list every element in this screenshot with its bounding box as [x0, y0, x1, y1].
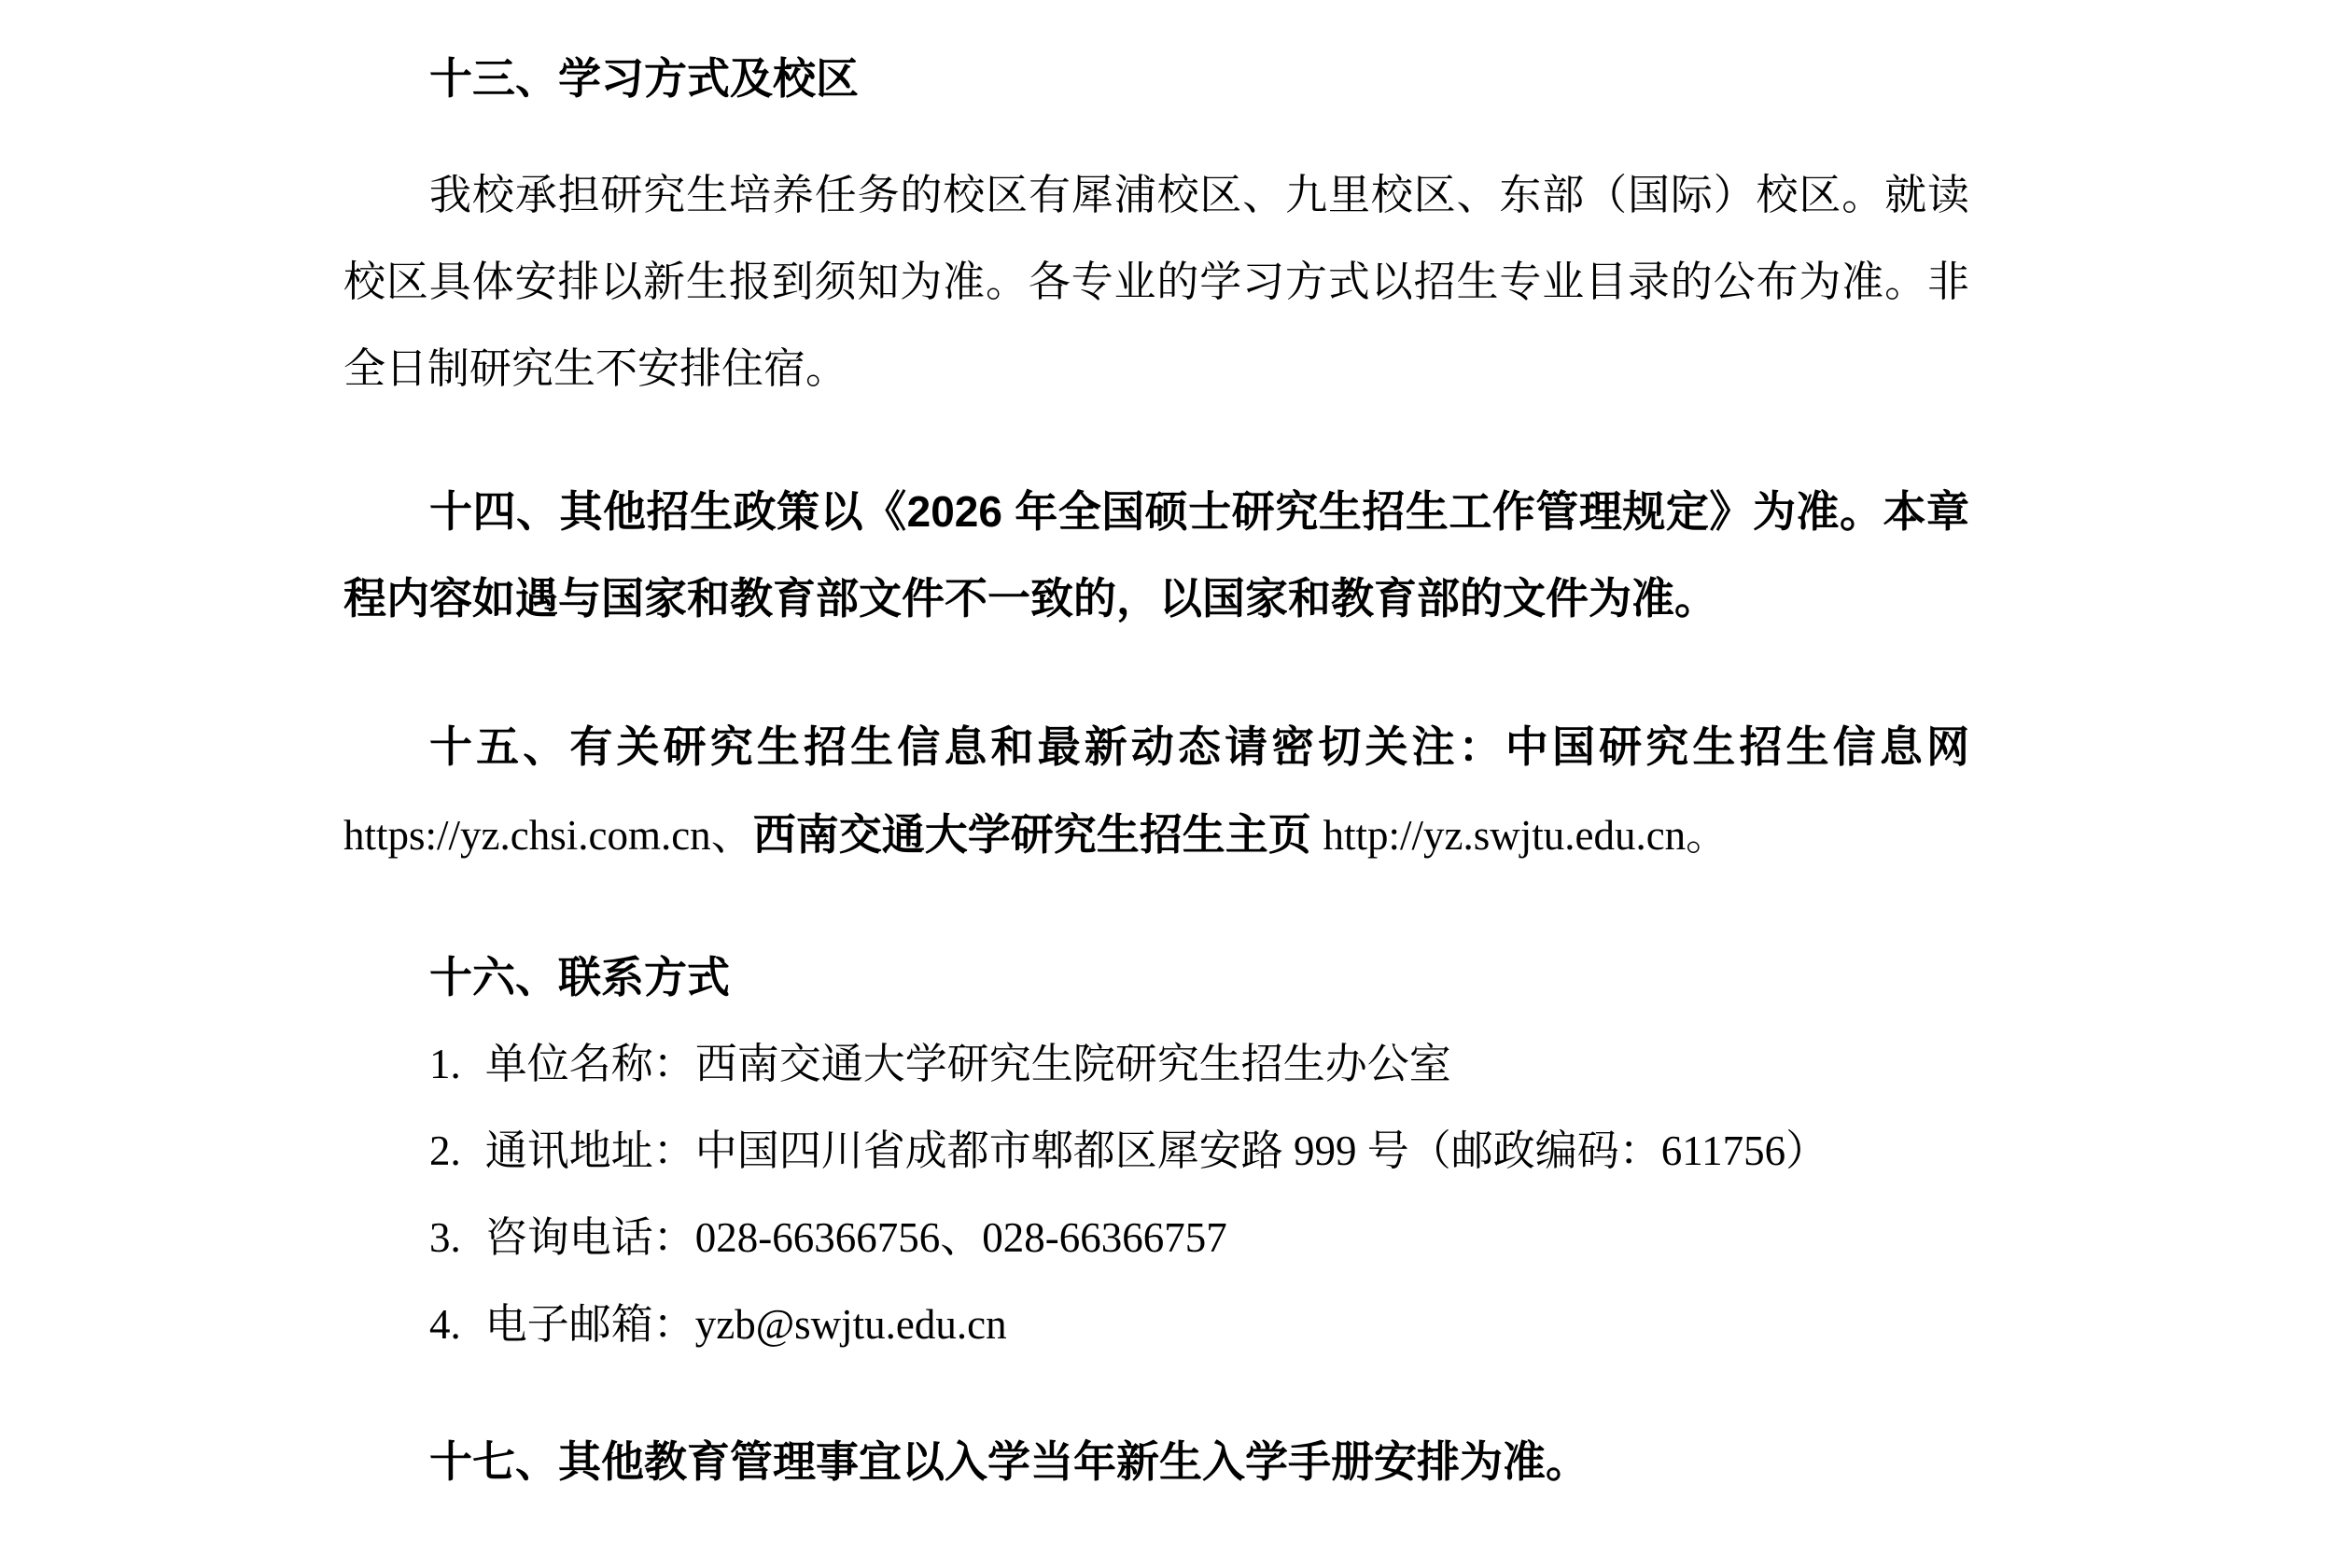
document-page: 十三、学习方式及校区 我校承担研究生培养任务的校区有犀浦校区、九里校区、东部（国…	[0, 0, 2352, 1568]
contact-item-address: 2.通讯地址：中国四川省成都市郫都区犀安路 999 号（邮政编码：611756）	[429, 1108, 1969, 1195]
contact-item-unit-name: 1.单位名称：西南交通大学研究生院研究生招生办公室	[429, 1021, 1969, 1108]
text-segment-bold: 西南交通大学研究生招生主页	[753, 810, 1323, 859]
contact-item-email: 4.电子邮箱：yzb@swjtu.edu.cn	[429, 1281, 1969, 1368]
contact-list: 1.单位名称：西南交通大学研究生院研究生招生办公室 2.通讯地址：中国四川省成都…	[343, 1021, 1969, 1368]
contact-item-number: 2.	[429, 1127, 461, 1174]
text-segment-regular: 、	[711, 812, 753, 859]
section-15-paragraph: 十五、有关研究生招生信息和最新动态请密切关注：中国研究生招生信息网 https:…	[343, 704, 1969, 879]
contact-item-number: 4.	[429, 1301, 461, 1348]
section-13-heading: 十三、学习方式及校区	[429, 35, 1969, 122]
section-17-heading: 十七、其他教育管理事宜以入学当年新生入学手册安排为准。	[429, 1419, 1969, 1505]
section-16-heading: 十六、联系方式	[429, 934, 1969, 1021]
contact-item-text: 单位名称：西南交通大学研究生院研究生招生办公室	[485, 1041, 1451, 1087]
contact-item-number: 3.	[429, 1214, 461, 1261]
text-segment-regular: http://yz.swjtu.edu.cn。	[1323, 812, 1728, 859]
text-segment-bold: 十五、有关研究生招生信息和最新动态请密切关注：中国研究生招生信息网	[429, 722, 1969, 771]
contact-item-text: 通讯地址：中国四川省成都市郫都区犀安路 999 号（邮政编码：611756）	[485, 1127, 1827, 1174]
contact-item-text: 电子邮箱：yzb@swjtu.edu.cn	[485, 1301, 1007, 1348]
contact-item-number: 1.	[429, 1041, 461, 1087]
section-13-paragraph: 我校承担研究生培养任务的校区有犀浦校区、九里校区、东部（国际）校区。就读校区具体…	[343, 152, 1969, 413]
contact-item-text: 咨询电话：028-66366756、028-66366757	[485, 1214, 1227, 1261]
section-14-paragraph: 十四、其他招生政策以《2026 年全国硕士研究生招生工作管理规定》为准。本章程内…	[343, 469, 1969, 642]
text-segment-regular: https://yz.chsi.com.cn	[343, 812, 711, 859]
contact-item-phone: 3.咨询电话：028-66366756、028-66366757	[429, 1195, 1969, 1281]
